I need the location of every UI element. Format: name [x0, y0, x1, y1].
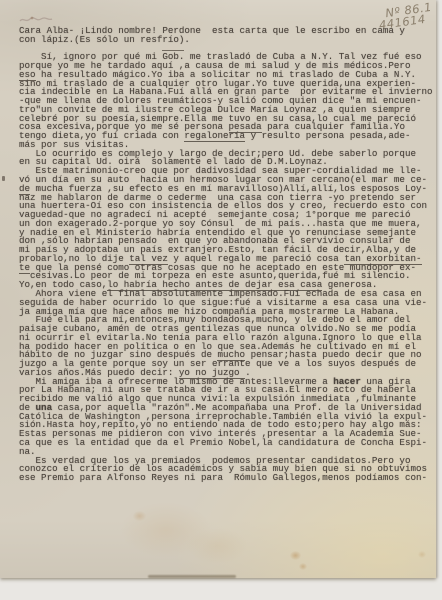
letter-line: ese Premio para Alfonso Reyes ni para Ró…	[19, 474, 431, 483]
paper-stain	[299, 563, 307, 570]
letter-body-text: Cara Alba- ¡Lindo nombre! Perdone esta c…	[19, 27, 431, 483]
text-segment: con lápiz.(Es sólo un resfrío).	[19, 34, 190, 45]
text-segment: regalonería	[184, 130, 245, 142]
letter-line: con lápiz.(Es sólo un resfrío).	[19, 36, 431, 45]
paper-edge-smudge	[148, 575, 236, 578]
text-segment: y resulto persona pesada,ade-	[245, 130, 410, 141]
paper-stain	[133, 511, 146, 521]
paper-stain	[290, 551, 301, 560]
text-segment: ca que es la entidad que da el Premio No…	[19, 437, 427, 448]
paper-stain	[418, 551, 426, 558]
scanned-letter-page: Nº 86.1 441614 Cara Alba- ¡Lindo nombre!…	[0, 0, 442, 600]
paper-sheet: Nº 86.1 441614 Cara Alba- ¡Lindo nombre!…	[0, 0, 436, 578]
text-segment: ese Premio para Alfonso Reyes ni para Ró…	[19, 472, 427, 483]
paper-stain	[186, 528, 248, 564]
letter-line: ca que es la entidad que da el Premio No…	[19, 439, 431, 448]
paper-speck	[2, 176, 5, 181]
